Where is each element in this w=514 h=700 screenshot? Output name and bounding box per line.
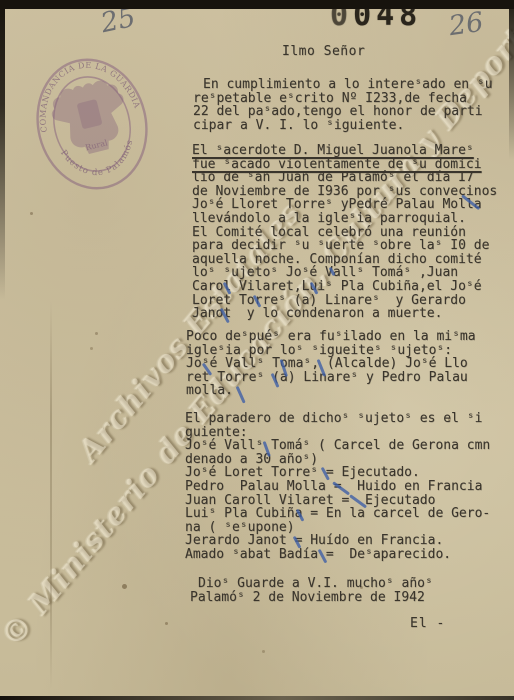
scanned-letter-page: Archivos Estatales © Ministerio de Educa… (0, 0, 514, 700)
typed-line: El Comité local celebró una reunión (192, 226, 497, 240)
typed-line: de Noviembre de I936 por ˢus convecinos (192, 185, 497, 199)
typed-line: para decidir ˢu ˢuerte ˢobre laˢ I0 de (192, 239, 497, 253)
typed-line: Loret Torreˢ (a) Linareˢ y Gerardo (192, 294, 497, 308)
guardia-civil-oval-seal: COMANDANCIA DE LA GUARDIA CIVIL Puesto d… (0, 32, 184, 216)
typed-line: aquella noche. Componían dicho comité (192, 253, 497, 267)
typed-line: Joˢé Lloret Torreˢ yPedré Palau Molla (192, 198, 497, 212)
paper-crease (50, 300, 52, 690)
typed-line: llevándolo a la igleˢia parroquial. (192, 212, 497, 226)
typed-line: El paradero de dichoˢ ˢujetoˢ es el ˢi (185, 412, 490, 426)
typed-line: molla. (186, 384, 476, 398)
typed-line: Carol Vilaret,Luiˢ Pla Cubiña,el Joˢé (192, 280, 497, 294)
typed-line: loˢ ˢujetoˢ Joˢé Vallˢ Tomáˢ ,Juan (192, 266, 497, 280)
typed-line: cipar a V. I. lo ˢiguiente. (193, 119, 493, 133)
typed-line: reˢpetable eˢcrito Nº I233,de fecha (193, 92, 493, 106)
pencil-number-right: 26 (447, 7, 485, 42)
signoff-line: El - (410, 616, 445, 631)
typed-line: 22 del paˢado,tengo el honor de parti (193, 105, 493, 119)
paragraph: Poco deˢpuéˢ era fuˢilado en la miˢmaigl… (186, 330, 476, 398)
typed-line: Jerardo Janot = Huído en Francia. (185, 534, 490, 548)
typed-line: igleˢia por loˢ ˢigueiteˢ ˢujetoˢ: (186, 344, 476, 358)
scan-border-top (0, 0, 514, 9)
scan-border-bottom (0, 696, 514, 700)
typed-line: Joˢé Vallˢ Tomaˢ, (Alcalde) Joˢé Llo (186, 357, 476, 371)
paragraph: Dioˢ Guarde a V.I. muchoˢ añoˢPalamóˢ 2 … (190, 577, 433, 604)
typed-line: Janot y lo condenaron a muerte. (192, 307, 497, 321)
paragraph: El ˢacerdote D. Miguel Juanola Mareˢfue … (192, 144, 497, 321)
typed-line: guiente: (185, 426, 490, 440)
scan-border-right (509, 0, 514, 160)
typed-line: Palamóˢ 2 de Noviembre de I942 (190, 591, 433, 605)
typed-line: En cumplimiento a lo intereˢado en ˢu (193, 78, 493, 92)
salutation: Ilmo Señor (282, 44, 365, 59)
typed-line: Dioˢ Guarde a V.I. muchoˢ añoˢ (190, 577, 433, 591)
paragraph: En cumplimiento a lo intereˢado en ˢureˢ… (193, 78, 493, 132)
typed-line: Juan Caroll Vilaret = Ejecutado (185, 494, 490, 508)
typed-line: Luiˢ Pla Cubiña = En la carcel de Gero- (185, 507, 490, 521)
scan-border-left (0, 0, 5, 300)
typed-line: na ( ˢeˢupone) (185, 521, 490, 535)
typed-line: Joˢé Vallˢ Tomáˢ ( Carcel de Gerona cmn (185, 439, 490, 453)
typed-line: ret Torreˢ (a) Linareˢ y Pedro Palau (186, 371, 476, 385)
typed-line: El ˢacerdote D. Miguel Juanola Mareˢ (192, 144, 497, 158)
eagle-emblem-icon (47, 76, 135, 161)
typed-line: fue ˢacado violentamente de ˢu domici (192, 158, 497, 172)
typed-line: Amado ˢabat Badía = Deˢaparecido. (185, 548, 490, 562)
typed-line: lio de ˢan Juan de Palamóˢ el día I7 (192, 171, 497, 185)
typed-line: Joˢé Loret Torreˢ = Ejecutado. (185, 466, 490, 480)
typed-line: Poco deˢpuéˢ era fuˢilado en la miˢma (186, 330, 476, 344)
typed-line: denado a 30 añoˢ) (185, 453, 490, 467)
